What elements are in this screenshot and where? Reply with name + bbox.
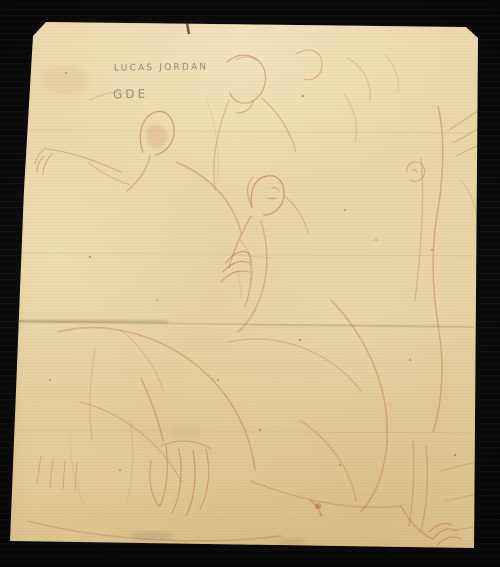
photograph-of-drawing: LUCAS JORDAN GDE <box>0 0 500 567</box>
collector-mark-text: GDE <box>113 87 148 102</box>
chalk-strokes <box>28 50 487 545</box>
red-chalk-figure-study <box>0 0 500 567</box>
paper-blemishes <box>41 23 456 546</box>
drawing-sheet: LUCAS JORDAN GDE <box>0 0 500 567</box>
fold-crease <box>10 130 474 433</box>
inscription-text: LUCAS JORDAN <box>114 62 208 73</box>
graphite-strokes <box>70 95 272 505</box>
